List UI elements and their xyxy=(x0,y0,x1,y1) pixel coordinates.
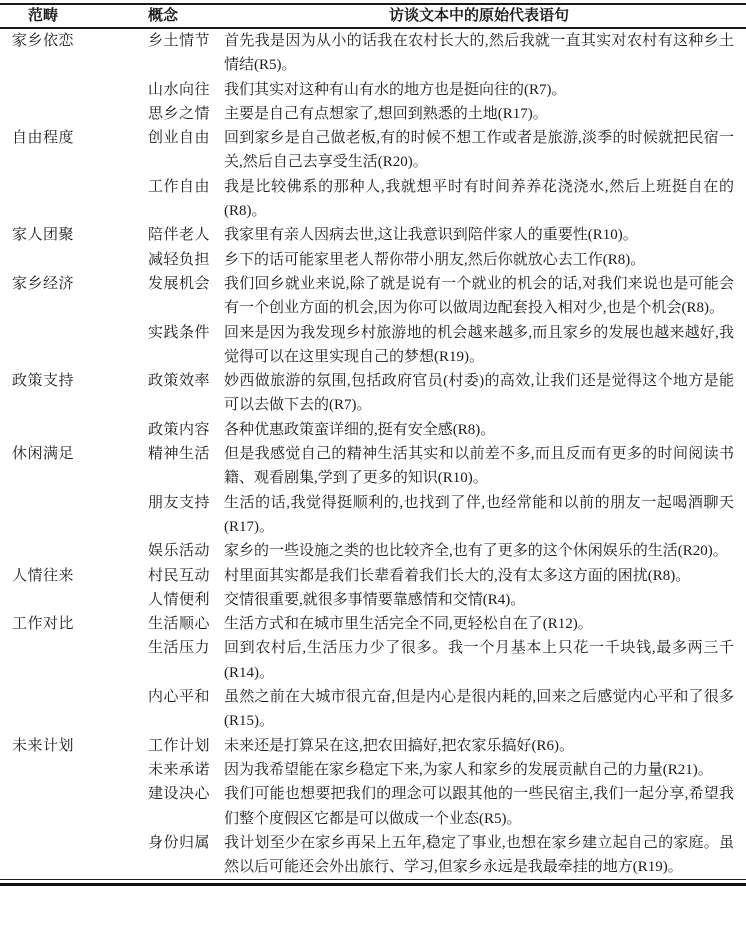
table-row: 自由程度创业自由回到家乡是自己做老板,有的时候不想工作或者是旅游,淡季的时候就把… xyxy=(0,126,746,175)
quote-cell: 回来是因为我发现乡村旅游地的机会越来越多,而且家乡的发展也越来越好,我觉得可以在… xyxy=(212,321,746,370)
category-cell: 工作对比 xyxy=(0,612,136,733)
concept-cell: 身份归属 xyxy=(136,831,212,880)
quote-cell: 回到农村后,生活压力少了很多。我一个月基本上只花一千块钱,最多两三千(R14)。 xyxy=(212,636,746,685)
category-cell: 自由程度 xyxy=(0,126,136,223)
concept-cell: 工作自由 xyxy=(136,175,212,224)
concept-cell: 生活顺心 xyxy=(136,612,212,636)
quote-cell: 但是我感觉自己的精神生活其实和以前差不多,而且反而有更多的时间阅读书籍、观看剧集… xyxy=(212,442,746,491)
quote-cell: 我计划至少在家乡再呆上五年,稳定了事业,也想在家乡建立起自己的家庭。虽然以后可能… xyxy=(212,831,746,880)
category-cell: 家乡经济 xyxy=(0,272,136,369)
quote-cell: 我们可能也想要把我们的理念可以跟其他的一些民宿主,我们一起分享,希望我们整个度假… xyxy=(212,782,746,831)
concept-cell: 娱乐活动 xyxy=(136,539,212,563)
table-row: 家乡依恋乡土情节首先我是因为从小的话我在农村长大的,然后我就一直其实对农村有这种… xyxy=(0,28,746,78)
table-row: 工作对比生活顺心生活方式和在城市里生活完全不同,更轻松自在了(R12)。 xyxy=(0,612,746,636)
category-cell: 未来计划 xyxy=(0,734,136,880)
column-header-concept: 概念 xyxy=(136,4,212,28)
quote-cell: 我们其实对这种有山有水的地方也是挺向往的(R7)。 xyxy=(212,78,746,102)
concept-cell: 内心平和 xyxy=(136,685,212,734)
table-row: 人情往来村民互动村里面其实都是我们长辈看着我们长大的,没有太多这方面的困扰(R8… xyxy=(0,564,746,588)
quote-cell: 我是比较佛系的那种人,我就想平时有时间养养花浇浇水,然后上班挺自在的(R8)。 xyxy=(212,175,746,224)
quote-cell: 妙西做旅游的氛围,包括政府官员(村委)的高效,让我们还是觉得这个地方是能可以去做… xyxy=(212,369,746,418)
concept-cell: 精神生活 xyxy=(136,442,212,491)
concept-cell: 乡土情节 xyxy=(136,28,212,78)
concept-cell: 政策内容 xyxy=(136,418,212,442)
table-row: 未来计划工作计划未来还是打算呆在这,把农田搞好,把农家乐搞好(R6)。 xyxy=(0,734,746,758)
quote-cell: 未来还是打算呆在这,把农田搞好,把农家乐搞好(R6)。 xyxy=(212,734,746,758)
quote-cell: 生活方式和在城市里生活完全不同,更轻松自在了(R12)。 xyxy=(212,612,746,636)
category-cell: 家人团聚 xyxy=(0,223,136,272)
concept-cell: 村民互动 xyxy=(136,564,212,588)
quote-cell: 交情很重要,就很多事情要靠感情和交情(R4)。 xyxy=(212,588,746,612)
quote-cell: 首先我是因为从小的话我在农村长大的,然后我就一直其实对农村有这种乡土情结(R5)… xyxy=(212,28,746,78)
quote-cell: 生活的话,我觉得挺顺利的,也找到了伴,也经常能和以前的朋友一起喝酒聊天(R17)… xyxy=(212,491,746,540)
column-header-quote: 访谈文本中的原始代表语句 xyxy=(212,4,746,28)
concept-cell: 政策效率 xyxy=(136,369,212,418)
concept-cell: 实践条件 xyxy=(136,321,212,370)
category-cell: 人情往来 xyxy=(0,564,136,613)
concept-cell: 生活压力 xyxy=(136,636,212,685)
open-coding-table: 范畴 概念 访谈文本中的原始代表语句 家乡依恋乡土情节首先我是因为从小的话我在农… xyxy=(0,3,746,879)
column-header-category: 范畴 xyxy=(0,4,136,28)
quote-cell: 因为我希望能在家乡稳定下来,为家人和家乡的发展贡献自己的力量(R21)。 xyxy=(212,758,746,782)
concept-cell: 创业自由 xyxy=(136,126,212,175)
concept-cell: 陪伴老人 xyxy=(136,223,212,247)
table-bottom-rule xyxy=(0,879,746,886)
quote-cell: 村里面其实都是我们长辈看着我们长大的,没有太多这方面的困扰(R8)。 xyxy=(212,564,746,588)
table-row: 休闲满足精神生活但是我感觉自己的精神生活其实和以前差不多,而且反而有更多的时间阅… xyxy=(0,442,746,491)
quote-cell: 乡下的话可能家里老人帮你带小朋友,然后你就放心去工作(R8)。 xyxy=(212,248,746,272)
concept-cell: 思乡之情 xyxy=(136,102,212,126)
category-cell: 政策支持 xyxy=(0,369,136,442)
quote-cell: 主要是自己有点想家了,想回到熟悉的土地(R17)。 xyxy=(212,102,746,126)
table-body: 家乡依恋乡土情节首先我是因为从小的话我在农村长大的,然后我就一直其实对农村有这种… xyxy=(0,28,746,879)
concept-cell: 未来承诺 xyxy=(136,758,212,782)
category-cell: 家乡依恋 xyxy=(0,28,136,126)
concept-cell: 朋友支持 xyxy=(136,491,212,540)
table-header-row: 范畴 概念 访谈文本中的原始代表语句 xyxy=(0,4,746,28)
concept-cell: 建设决心 xyxy=(136,782,212,831)
quote-cell: 各种优惠政策蛮详细的,挺有安全感(R8)。 xyxy=(212,418,746,442)
category-cell: 休闲满足 xyxy=(0,442,136,563)
table-row: 家乡经济发展机会我们回乡就业来说,除了就是说有一个就业的机会的话,对我们来说也是… xyxy=(0,272,746,321)
quote-cell: 虽然之前在大城市很亢奋,但是内心是很内耗的,回来之后感觉内心平和了很多(R15)… xyxy=(212,685,746,734)
concept-cell: 减轻负担 xyxy=(136,248,212,272)
table-row: 政策支持政策效率妙西做旅游的氛围,包括政府官员(村委)的高效,让我们还是觉得这个… xyxy=(0,369,746,418)
quote-cell: 我家里有亲人因病去世,这让我意识到陪伴家人的重要性(R10)。 xyxy=(212,223,746,247)
quote-cell: 家乡的一些设施之类的也比较齐全,也有了更多的这个休闲娱乐的生活(R20)。 xyxy=(212,539,746,563)
concept-cell: 山水向往 xyxy=(136,78,212,102)
quote-cell: 回到家乡是自己做老板,有的时候不想工作或者是旅游,淡季的时候就把民宿一关,然后自… xyxy=(212,126,746,175)
table-row: 家人团聚陪伴老人我家里有亲人因病去世,这让我意识到陪伴家人的重要性(R10)。 xyxy=(0,223,746,247)
concept-cell: 发展机会 xyxy=(136,272,212,321)
concept-cell: 人情便利 xyxy=(136,588,212,612)
paper-page: 范畴 概念 访谈文本中的原始代表语句 家乡依恋乡土情节首先我是因为从小的话我在农… xyxy=(0,0,746,886)
quote-cell: 我们回乡就业来说,除了就是说有一个就业的机会的话,对我们来说也是可能会有一个创业… xyxy=(212,272,746,321)
concept-cell: 工作计划 xyxy=(136,734,212,758)
